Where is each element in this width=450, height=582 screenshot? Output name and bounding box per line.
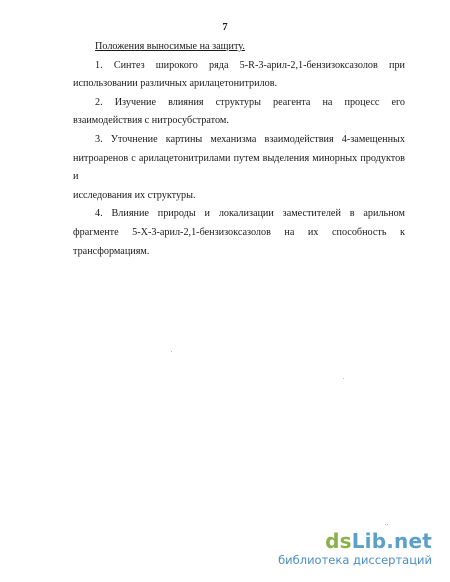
logo-lib: Lib.net [352, 529, 432, 553]
item-line: использовании различных арилацетонитрило… [73, 75, 405, 94]
item-line: 2. Изучение влияния структуры реагента н… [73, 94, 405, 113]
item-line: фрагменте 5-X-3-арил-2,1-бензизоксазолов… [73, 224, 405, 243]
item-line: исследования их структуры. [73, 187, 405, 206]
scan-speck [387, 524, 388, 525]
item-line: 4. Влияние природы и локализации замести… [73, 205, 405, 224]
logo-ds: ds [325, 529, 352, 553]
list-item: 2. Изучение влияния структуры реагента н… [73, 94, 405, 131]
scan-speck [343, 378, 344, 379]
scan-speck [171, 351, 172, 352]
logo-subtitle: библиотека диссертаций [278, 553, 432, 567]
document-body: Положения выносимые на защиту. 1. Синтез… [73, 38, 405, 261]
dslib-watermark: dsLib.net библиотека диссертаций [278, 530, 432, 567]
item-line: нитроаренов с арилацетонитрилами путем в… [73, 150, 405, 187]
list-item: 3. Уточнение картины механизма взаимодей… [73, 131, 405, 205]
item-line: 1. Синтез широкого ряда 5-R-3-арил-2,1-б… [73, 57, 405, 76]
item-line: 3. Уточнение картины механизма взаимодей… [73, 131, 405, 150]
dslib-logo: dsLib.net [278, 530, 432, 552]
item-line: взаимодействия с нитросубстратом. [73, 112, 405, 131]
scan-speck [385, 524, 386, 525]
list-item: 1. Синтез широкого ряда 5-R-3-арил-2,1-б… [73, 57, 405, 94]
section-heading: Положения выносимые на защиту. [95, 38, 405, 57]
page-number: 7 [0, 22, 450, 33]
item-line: трансформациям. [73, 243, 405, 262]
list-item: 4. Влияние природы и локализации замести… [73, 205, 405, 261]
